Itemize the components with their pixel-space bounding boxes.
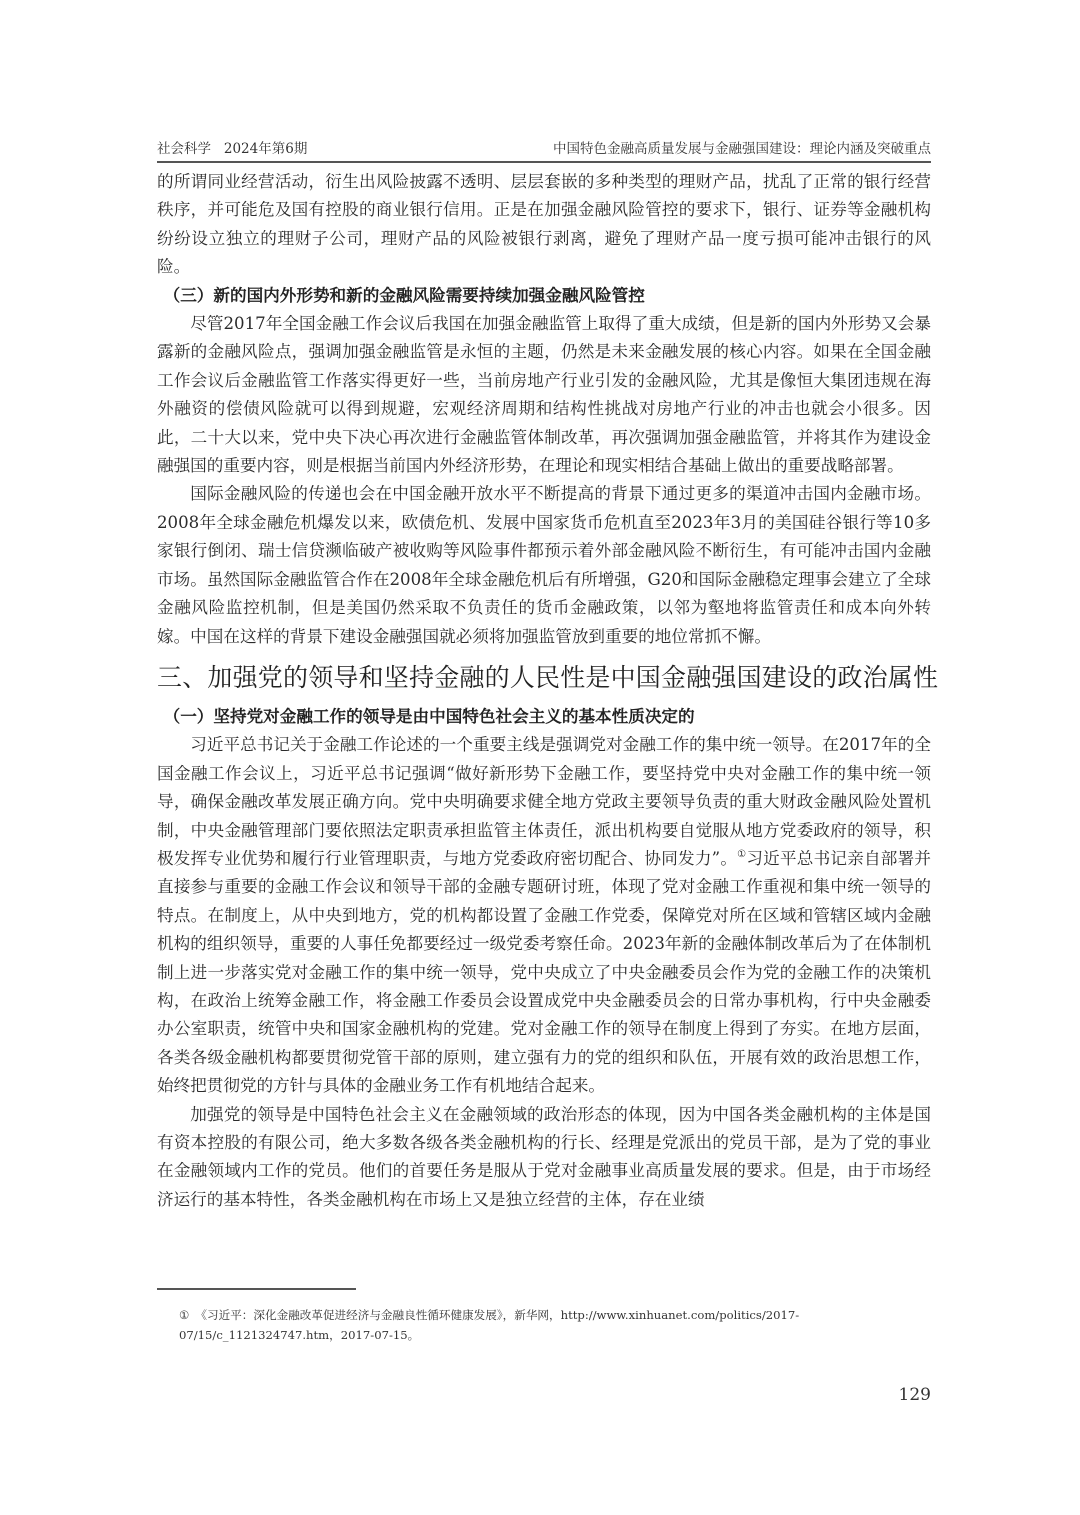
running-head: 社会科学 2024年第6期 中国特色金融高质量发展与金融强国建设：理论内涵及突破… bbox=[157, 137, 931, 159]
journal-name: 社会科学 bbox=[157, 141, 211, 157]
subsection-heading-3: （三）新的国内外形势和新的金融风险需要持续加强金融风险管控 bbox=[157, 282, 931, 310]
page-number: 129 bbox=[899, 1385, 931, 1405]
running-head-journal: 社会科学 2024年第6期 bbox=[157, 137, 307, 157]
footnote-rule bbox=[157, 1288, 356, 1290]
journal-issue: 2024年第6期 bbox=[224, 141, 307, 157]
paragraph-text: 习近平总书记亲自部署并直接参与重要的金融工作会议和领导干部的金融专题研讨班，体现… bbox=[157, 849, 931, 1095]
subsection-heading-1: （一）坚持党对金融工作的领导是由中国特色社会主义的基本性质决定的 bbox=[157, 703, 931, 731]
paragraph: 尽管2017年全国金融工作会议后我国在加强金融监管上取得了重大成绩，但是新的国内… bbox=[157, 310, 931, 480]
footnote: ①《习近平：深化金融改革促进经济与金融良性循环健康发展》，新华网，http://… bbox=[179, 1305, 931, 1345]
paragraph-continued: 的所谓同业经营活动，衍生出风险披露不透明、层层套嵌的多种类型的理财产品，扰乱了正… bbox=[157, 168, 931, 282]
paragraph-with-footnote: 习近平总书记关于金融工作论述的一个重要主线是强调党对金融工作的集中统一领导。在2… bbox=[157, 731, 931, 1100]
header-rule bbox=[157, 161, 931, 163]
footnote-text: 《习近平：深化金融改革促进经济与金融良性循环健康发展》，新华网，http://w… bbox=[179, 1308, 799, 1342]
paragraph: 加强党的领导是中国特色社会主义在金融领域的政治形态的体现，因为中国各类金融机构的… bbox=[157, 1101, 931, 1215]
footnote-reference[interactable]: ① bbox=[737, 849, 746, 860]
paragraph: 国际金融风险的传递也会在中国金融开放水平不断提高的背景下通过更多的渠道冲击国内金… bbox=[157, 480, 931, 650]
section-heading-3: 三、加强党的领导和坚持金融的人民性是中国金融强国建设的政治属性 bbox=[157, 657, 931, 699]
article-body: 的所谓同业经营活动，衍生出风险披露不透明、层层套嵌的多种类型的理财产品，扰乱了正… bbox=[157, 168, 931, 1214]
running-head-article-title: 中国特色金融高质量发展与金融强国建设：理论内涵及突破重点 bbox=[553, 137, 931, 157]
footnote-mark: ① bbox=[179, 1308, 189, 1322]
